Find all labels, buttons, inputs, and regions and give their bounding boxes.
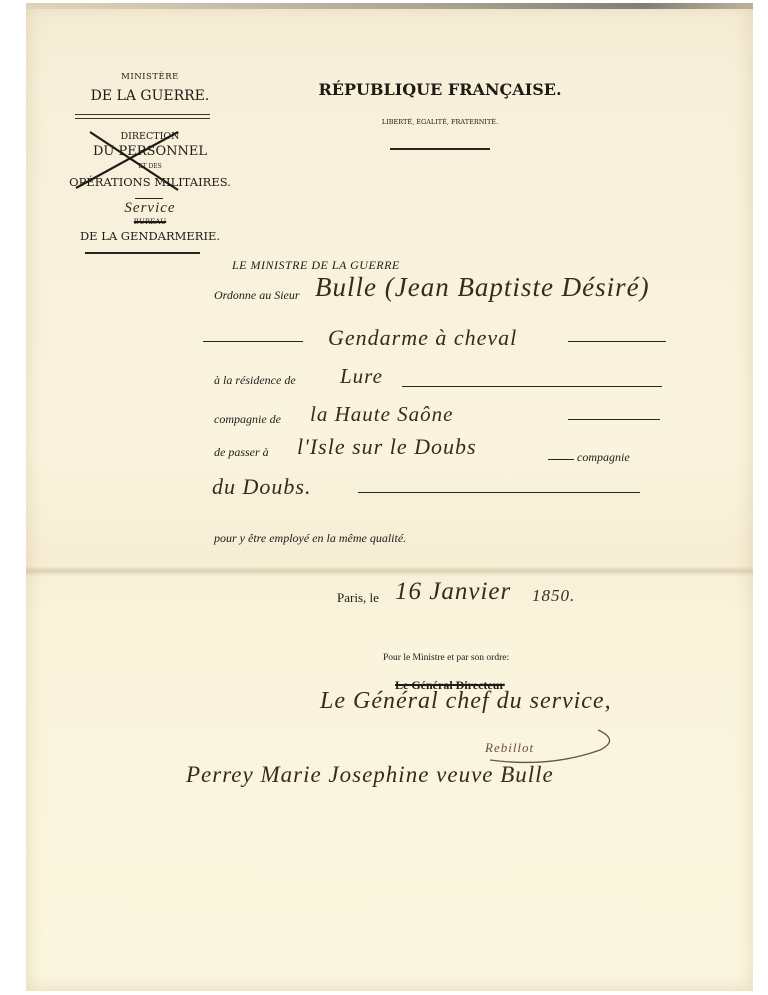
ordonne-label: Ordonne au Sieur (214, 288, 300, 303)
ministry-small-label: MINISTÈRE (60, 72, 240, 82)
recipient-name-handwritten: Bulle (Jean Baptiste Désiré) (315, 272, 650, 303)
fill-line (548, 459, 574, 460)
date-handwritten: 16 Janvier (395, 578, 511, 606)
bureau-struck-label: BUREAU (60, 218, 240, 226)
year-handwritten: 1850. (532, 586, 575, 606)
fill-line (358, 492, 640, 493)
rank-handwritten: Gendarme à cheval (328, 325, 517, 351)
republic-title: RÉPUBLIQUE FRANÇAISE. (300, 80, 580, 99)
motto-label: LIBERTÉ, ÉGALITÉ, FRATERNITÉ. (300, 118, 580, 126)
company-handwritten: la Haute Saône (310, 402, 453, 427)
residence-handwritten: Lure (340, 364, 383, 389)
gendarmerie-label: DE LA GENDARMERIE. (60, 229, 240, 243)
letterhead-divider (75, 114, 210, 119)
minister-heading: LE MINISTRE DE LA GUERRE (232, 258, 400, 273)
fill-line (203, 341, 303, 342)
ministry-label: DE LA GUERRE. (60, 88, 240, 104)
employment-line: pour y être employé en la même qualité. (214, 531, 406, 546)
small-divider (135, 198, 163, 199)
pass-label: de passer à (214, 445, 269, 460)
compagnie-label: compagnie (577, 450, 630, 465)
widow-annotation-handwritten: Perrey Marie Josephine veuve Bulle (186, 762, 554, 788)
fill-line (402, 386, 662, 387)
crossed-out-mark (70, 128, 210, 196)
republic-divider (390, 148, 490, 150)
place-label: Paris, le (337, 590, 379, 606)
destination-handwritten: l'Isle sur le Doubs (297, 434, 477, 460)
order-line: Pour le Ministre et par son ordre: (383, 653, 509, 663)
fill-line (568, 419, 660, 420)
paper-fold (26, 566, 753, 576)
service-handwritten: Service (60, 200, 240, 217)
destination-company-handwritten: du Doubs. (212, 474, 311, 500)
signature-name: Rebillot (485, 740, 534, 756)
residence-label: à la résidence de (214, 373, 296, 388)
fill-line (568, 341, 666, 342)
letterhead-bottom-divider (85, 252, 200, 254)
handwritten-title: Le Général chef du service, (320, 688, 612, 715)
company-label: compagnie de (214, 412, 281, 427)
